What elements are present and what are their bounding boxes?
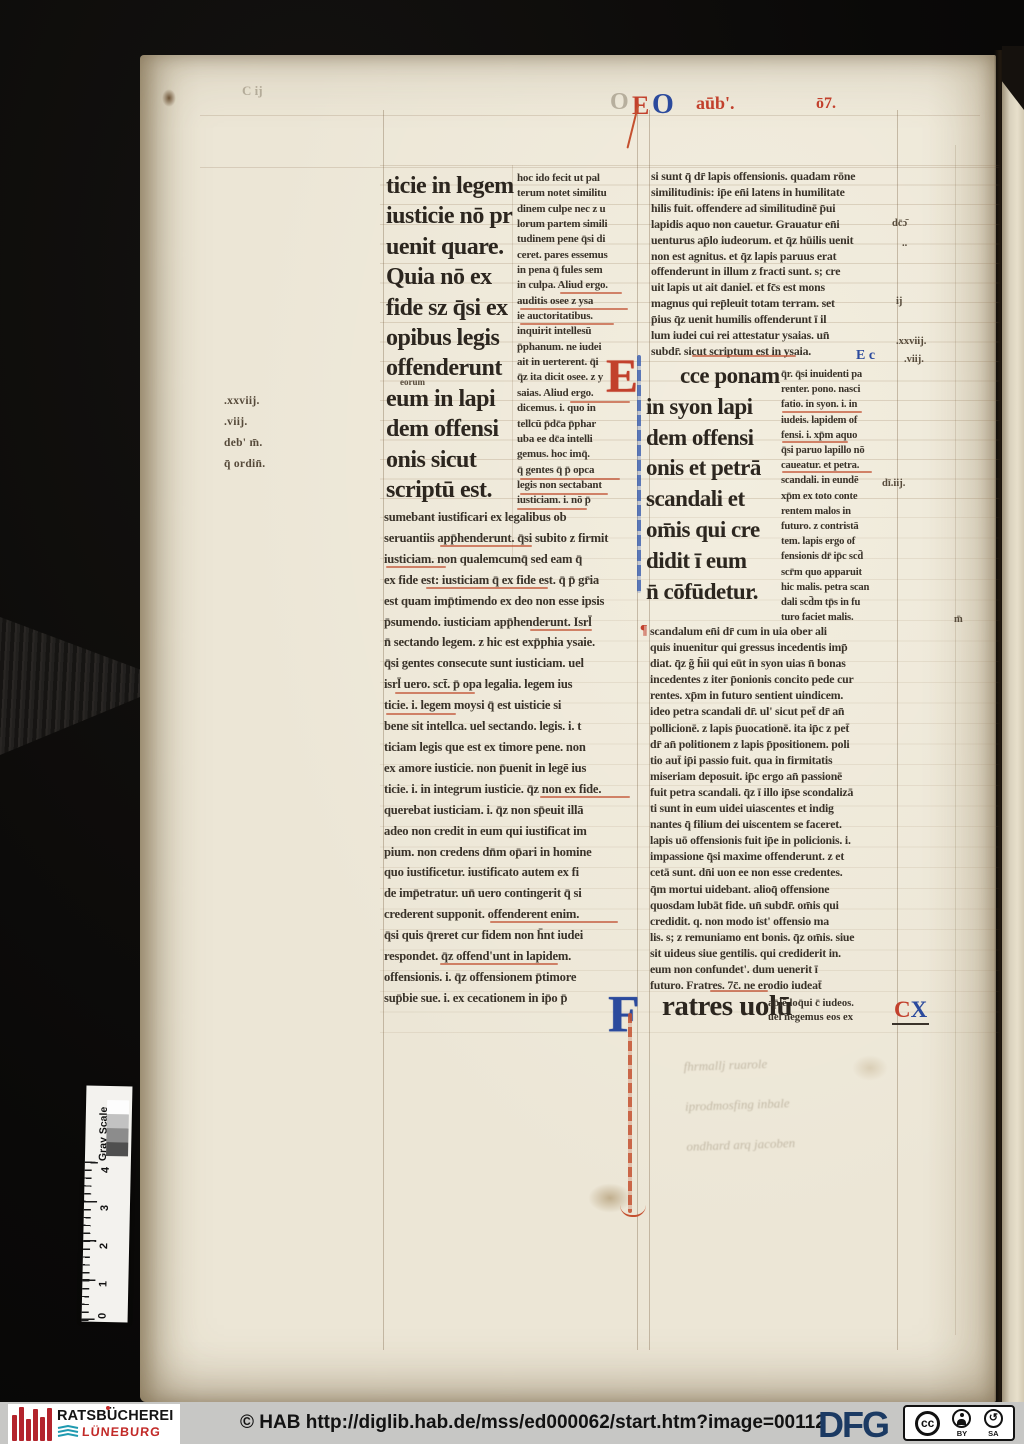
grayscale-ruler: 4 3 2 1 0 xyxy=(82,1162,131,1323)
margin-notes-left: .xxviij..viij.deb' m̄.q̄ ordin̄. xyxy=(224,391,265,475)
red-underline xyxy=(782,441,848,443)
grayscale-patch xyxy=(106,1128,128,1142)
red-underline xyxy=(560,292,622,294)
logo-umlaut-dot xyxy=(106,1406,110,1410)
ratsbuecherei-logo: RATSBÜCHEREI LÜNEBURG xyxy=(8,1404,180,1444)
stain xyxy=(162,89,176,107)
grayscale-patch xyxy=(107,1100,129,1114)
red-underline xyxy=(710,990,768,992)
quire-mark-x: X xyxy=(911,997,928,1022)
header-mid-mark: aūb'. xyxy=(696,93,735,114)
red-underline xyxy=(520,308,628,310)
red-underline xyxy=(782,471,872,473)
red-underline xyxy=(520,323,614,325)
red-underline xyxy=(517,508,587,510)
dfg-logo: DFG xyxy=(818,1404,888,1444)
binding-corner xyxy=(1002,46,1024,110)
red-underline xyxy=(386,566,446,568)
ruler-number: 4 xyxy=(100,1167,112,1173)
red-underline xyxy=(490,921,618,923)
gloss-column-right: q̄r. q̄si inuidenti parenter. pono. nasc… xyxy=(781,367,907,625)
cc-by-label: BY xyxy=(957,1429,967,1438)
header-right-mark: ō7. xyxy=(816,95,836,113)
lemma-text-right: cce ponamin syon lapidem offensionis et … xyxy=(646,361,796,607)
red-underline xyxy=(395,692,475,694)
ruler-ticks-major xyxy=(82,1162,98,1322)
ruler-number: 3 xyxy=(99,1205,111,1211)
commentary-right: scandalum en̄i dr̄ cum in uia ober aliqu… xyxy=(650,623,910,993)
catchletter-blue: E c xyxy=(856,348,875,364)
grayscale-patches xyxy=(106,1100,129,1156)
red-underline xyxy=(426,587,548,589)
fratres-side-gloss: ap̄lē loq̄ui c̄ iudeos.uel negemus eos e… xyxy=(768,997,898,1025)
logo-bars-icon xyxy=(12,1407,52,1441)
header-ghost-letter: O xyxy=(610,89,629,116)
ruler-number: 1 xyxy=(97,1281,109,1287)
manuscript-page: C ij O E O aūb'. ō7. .xxviij..viij.deb' … xyxy=(140,55,996,1402)
header-initial-blue: O xyxy=(652,89,674,121)
ruler-number: 2 xyxy=(98,1243,110,1249)
red-underline xyxy=(386,713,456,715)
filigree-red-tail xyxy=(620,1205,646,1217)
commentary-right-top: si sunt q̄ dr̄ lapis offensionis. quadam… xyxy=(651,169,909,360)
red-underline xyxy=(520,478,620,480)
quire-mark-c: C xyxy=(894,997,911,1022)
gloss-column-left: hoc ido fecit ut palterum notet similitu… xyxy=(517,171,639,509)
page-holder-clip xyxy=(0,608,152,758)
scan-viewport: C ij O E O aūb'. ō7. .xxviij..viij.deb' … xyxy=(0,0,1024,1444)
margin-note: m̄ xyxy=(954,613,963,627)
filigree-red xyxy=(628,1013,632,1213)
red-underline xyxy=(530,629,592,631)
logo-line1: RATSBÜCHEREI xyxy=(57,1409,174,1424)
cc-sa-label: SA xyxy=(988,1429,998,1438)
logo-line2: LÜNEBURG xyxy=(82,1426,162,1439)
stain xyxy=(852,1055,888,1081)
interlinear-gloss: eorum xyxy=(400,377,425,387)
cc-icon: cc xyxy=(915,1411,940,1436)
red-underline xyxy=(440,545,532,547)
red-underline xyxy=(540,796,630,798)
cc-by-person-icon xyxy=(952,1409,971,1428)
grayscale-patch xyxy=(106,1142,128,1156)
ruling-hline xyxy=(200,167,1000,168)
grayscale-patch xyxy=(107,1114,129,1128)
faint-marginalia: fhrmallj ruaroleiprodmosfing inbaleondha… xyxy=(683,1043,796,1167)
cc-sa: ↺ SA xyxy=(984,1409,1003,1438)
wave-icon xyxy=(57,1425,79,1439)
facing-page-edge xyxy=(1002,46,1024,1402)
decorated-initial-E: E xyxy=(606,349,638,404)
footer-bar: RATSBÜCHEREI LÜNEBURG © HAB http://digli… xyxy=(0,1402,1024,1444)
red-underline xyxy=(692,355,796,357)
red-underline xyxy=(570,401,630,403)
grayscale-bar: Gray Scale 4 3 2 1 0 xyxy=(82,1086,133,1323)
logo-text: RATSBÜCHEREI LÜNEBURG xyxy=(57,1409,174,1440)
ruler-number: 0 xyxy=(97,1313,109,1319)
red-underline xyxy=(520,493,608,495)
cc-by: BY xyxy=(952,1409,971,1438)
cc-sa-arrow-icon: ↺ xyxy=(984,1409,1003,1428)
ruling-hline xyxy=(200,115,980,116)
red-underline xyxy=(440,963,558,965)
cc-license-badge: cc BY ↺ SA xyxy=(903,1405,1015,1441)
commentary-left: sumebant iustificari ex legalibus obseru… xyxy=(384,507,644,1009)
decorated-initial-F: F xyxy=(608,985,640,1044)
ruling-vline xyxy=(955,145,956,1335)
copyright-url: © HAB http://diglib.hab.de/mss/ed000062/… xyxy=(240,1402,785,1444)
pencil-mark: C ij xyxy=(242,83,263,99)
lemma-text-left: ticie in legemiusticie nō pruenit quare.… xyxy=(386,171,526,505)
filigree-blue xyxy=(637,355,641,593)
quire-mark-CX: CX xyxy=(892,997,929,1025)
pilcrow-red: ¶ xyxy=(640,623,648,639)
red-underline xyxy=(782,411,862,413)
